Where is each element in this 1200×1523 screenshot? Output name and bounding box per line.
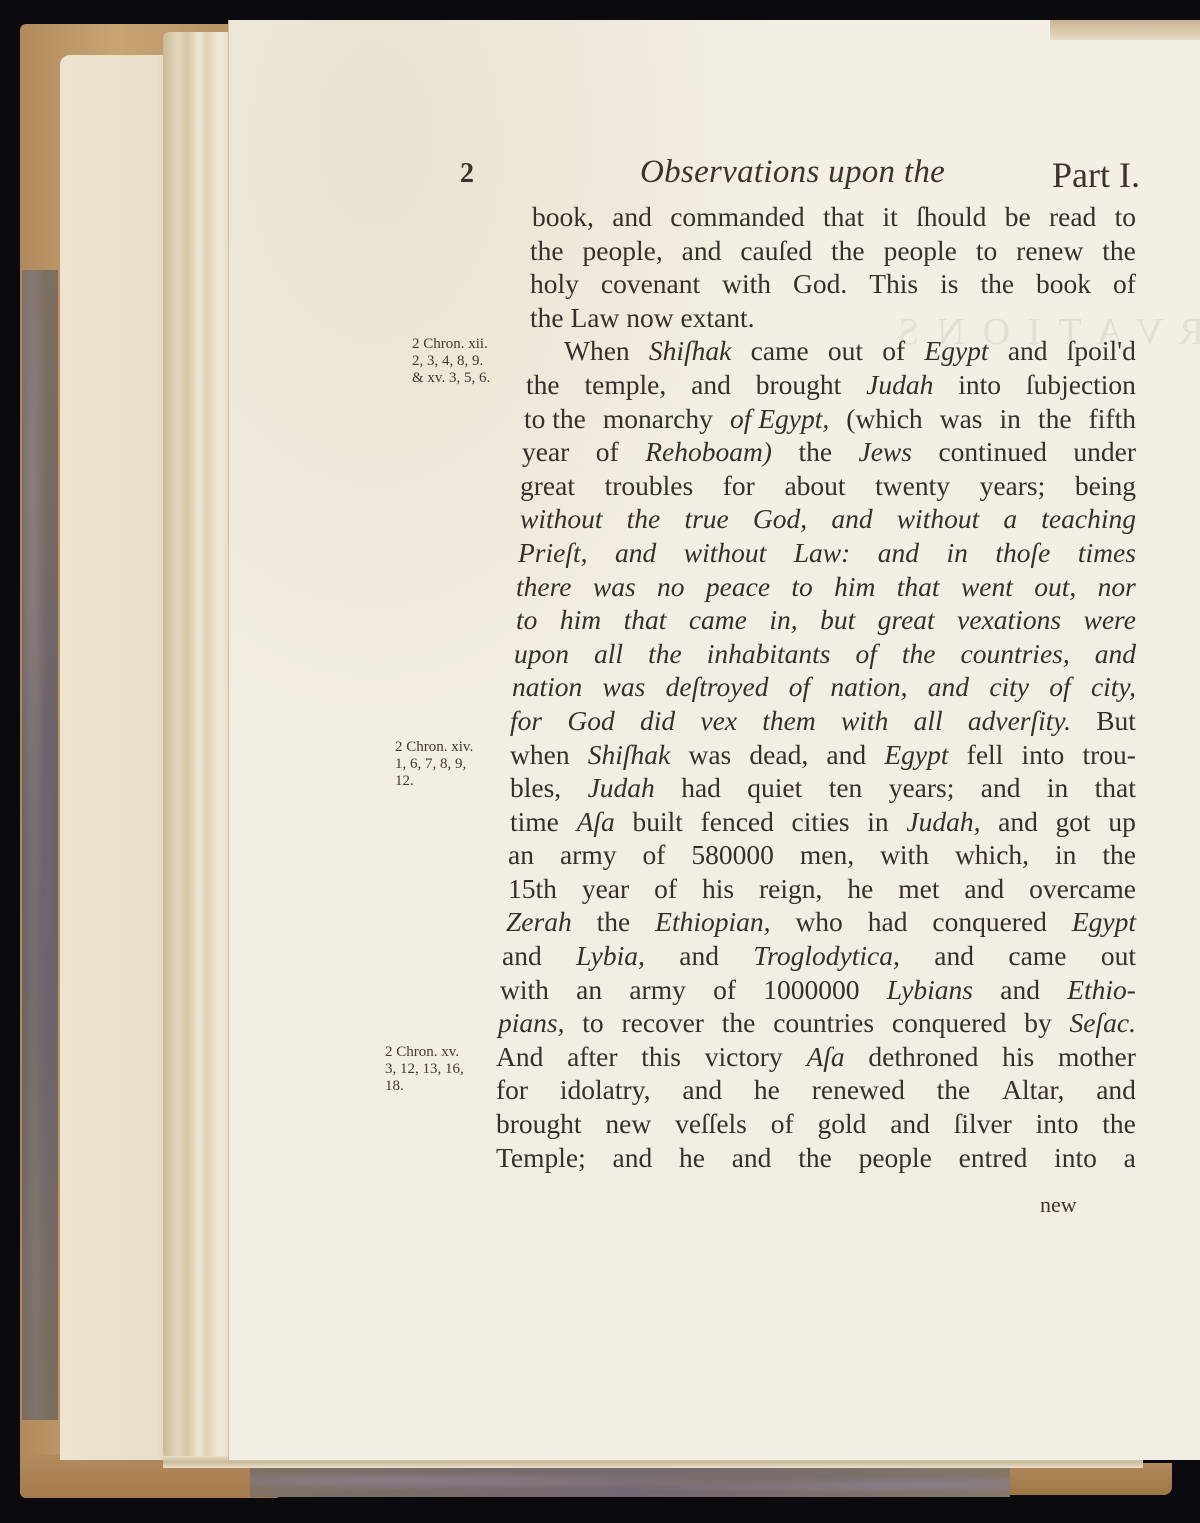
part-label: Part I.	[1052, 154, 1140, 196]
word: to	[1115, 200, 1136, 234]
catchword: new	[1040, 1192, 1077, 1218]
word: with	[500, 973, 549, 1007]
text-line: timeAſabuiltfencedcitiesinJudah,andgotup	[488, 805, 1136, 839]
word: time	[510, 805, 559, 839]
word: of	[596, 435, 619, 469]
word: and	[1008, 334, 1048, 368]
word: brought	[756, 368, 842, 402]
word: conquered	[892, 1006, 1007, 1040]
word: Troglodytica,	[753, 939, 899, 973]
word: he	[679, 1141, 705, 1175]
word: twenty	[875, 469, 950, 503]
word: did	[640, 704, 675, 738]
word: Jews	[859, 435, 912, 469]
word: But	[1096, 704, 1136, 738]
word: city,	[1091, 670, 1136, 704]
margin-note-line: 2, 3, 4, 8, 9.	[412, 353, 490, 370]
word: to the	[524, 402, 586, 436]
word: ten	[829, 771, 863, 805]
word: being	[1075, 469, 1136, 503]
word: conquered	[932, 905, 1047, 939]
text-line: withoutthetrueGod,andwithoutateaching	[488, 502, 1136, 536]
word: ſilver	[954, 1107, 1012, 1141]
word: brought	[496, 1107, 582, 1141]
flyleaf	[60, 55, 180, 1460]
word: of Egypt,	[730, 402, 829, 436]
word: a	[1124, 1141, 1136, 1175]
word: his	[1002, 1040, 1034, 1074]
word: to	[516, 603, 537, 637]
word: overcame	[1029, 872, 1136, 906]
marbled-board-left	[22, 270, 58, 1420]
word: an	[576, 973, 602, 1007]
word: entred	[959, 1141, 1028, 1175]
word: this	[641, 1040, 681, 1074]
word: the	[980, 267, 1014, 301]
word: Shiſhak	[649, 334, 732, 368]
word: Zerah	[506, 905, 572, 939]
text-line: therewasnopeacetohimthatwentout,nor	[488, 570, 1136, 604]
word: book	[1036, 267, 1091, 301]
word: years;	[889, 771, 955, 805]
word: with	[722, 267, 771, 301]
word: people,	[583, 234, 663, 268]
word: pians,	[498, 1006, 564, 1040]
word: the	[597, 905, 631, 939]
text-line: anarmyof580000men,withwhich,inthe	[488, 838, 1136, 872]
word: into	[958, 368, 1001, 402]
word: and	[502, 939, 542, 973]
text-line: tohimthatcamein,butgreatvexationswere	[488, 603, 1136, 637]
word: was	[940, 402, 983, 436]
word: dead,	[749, 738, 808, 772]
word: the	[1102, 838, 1136, 872]
running-head: 2 Observations upon the Part I.	[460, 158, 1140, 198]
word: cauſed	[740, 234, 812, 268]
word: army	[629, 973, 686, 1007]
word: all	[594, 637, 623, 671]
word: in	[867, 805, 888, 839]
text-line: forGoddidvexthemwithalladverſity.But	[488, 704, 1136, 738]
word: in	[1047, 771, 1068, 805]
word: in,	[769, 603, 797, 637]
text-line: withanarmyof1000000LybiansandEthio-	[488, 973, 1136, 1007]
word: is	[940, 267, 958, 301]
word: with	[880, 838, 929, 872]
word: and	[998, 805, 1038, 839]
word: all	[914, 704, 943, 738]
page-number: 2	[460, 158, 474, 190]
margin-note-3: 2 Chron. xv. 3, 12, 13, 16, 18.	[385, 1044, 464, 1095]
word: but	[820, 603, 855, 637]
word: renewed	[812, 1073, 905, 1107]
word: monarchy	[603, 402, 713, 436]
word: troubles	[605, 469, 694, 503]
word: gold	[817, 1107, 866, 1141]
word: the	[937, 1073, 971, 1107]
word: new	[605, 1107, 651, 1141]
page-top-edge	[1050, 20, 1200, 40]
word: Ethiopian,	[655, 905, 770, 939]
word: that	[1095, 771, 1136, 805]
word: of	[789, 670, 810, 704]
word: fifth	[1089, 402, 1136, 436]
text-line: andLybia,andTroglodytica,andcameout	[488, 939, 1136, 973]
word: was	[688, 738, 731, 772]
word: the	[1102, 234, 1136, 268]
word: countries,	[961, 637, 1070, 671]
text-line: book,andcommandedthatitſhouldbereadto	[488, 200, 1136, 234]
text-line: WhenShiſhakcameoutofEgyptandſpoil'd	[488, 334, 1136, 368]
word: nation,	[830, 670, 907, 704]
margin-note-line: 3, 12, 13, 16,	[385, 1061, 464, 1078]
word: without	[684, 536, 767, 570]
word: countries	[773, 1006, 874, 1040]
margin-note-2: 2 Chron. xiv. 1, 6, 7, 8, 9, 12.	[395, 739, 473, 790]
word: great	[520, 469, 575, 503]
text-line: 15thyearofhisreign,hemetandovercame	[488, 872, 1136, 906]
word: came	[1008, 939, 1066, 973]
word: veſſels	[675, 1107, 747, 1141]
word: and	[934, 939, 974, 973]
word: men,	[800, 838, 854, 872]
word: and	[732, 1141, 772, 1175]
word: him	[560, 603, 601, 637]
word: it	[883, 200, 898, 234]
word: and	[826, 738, 866, 772]
word: into	[1022, 738, 1065, 772]
word: them	[762, 704, 815, 738]
word: God	[567, 704, 614, 738]
word: that	[823, 200, 864, 234]
word: Rehoboam)	[645, 435, 772, 469]
word: vex	[700, 704, 737, 738]
word: fell	[967, 738, 1004, 772]
word: victory	[705, 1040, 783, 1074]
word: people	[859, 1141, 932, 1175]
text-line: Prieſt,andwithoutLaw:andinthoſetimes	[488, 536, 1136, 570]
word: recover	[622, 1006, 704, 1040]
word: of	[642, 838, 665, 872]
word: Judah	[588, 771, 655, 805]
word: out	[828, 334, 863, 368]
word: and	[682, 234, 722, 268]
word: adverſity.	[968, 704, 1071, 738]
word: to	[791, 570, 812, 604]
word: the	[798, 435, 832, 469]
word: inhabitants	[707, 637, 831, 671]
word: thoſe	[995, 536, 1050, 570]
word: got	[1056, 805, 1091, 839]
word: the	[1038, 402, 1072, 436]
text-line: yearofRehoboam)theJewscontinuedunder	[488, 435, 1136, 469]
word: for	[510, 704, 542, 738]
word: came	[751, 334, 809, 368]
word: 1000000	[763, 973, 859, 1007]
word: went	[961, 570, 1013, 604]
word: were	[1084, 603, 1136, 637]
word: the	[798, 1141, 832, 1175]
word: a	[1003, 502, 1017, 536]
word: Altar,	[1002, 1073, 1064, 1107]
word: ſubjection	[1026, 368, 1136, 402]
word: he	[847, 872, 873, 906]
word: Aſa	[806, 1040, 844, 1074]
word: without	[897, 502, 980, 536]
word: years;	[980, 469, 1046, 503]
text-line: greattroublesforabouttwentyyears;being	[488, 469, 1136, 503]
word: true	[684, 502, 728, 536]
word: trou-	[1082, 738, 1135, 772]
word: there	[516, 570, 571, 604]
word: the	[648, 637, 682, 671]
word: that	[897, 570, 940, 604]
word: into	[1054, 1141, 1097, 1175]
word: and	[878, 536, 919, 570]
word: and	[964, 872, 1004, 906]
word: of	[771, 1107, 794, 1141]
word: and	[679, 939, 719, 973]
word: built	[632, 805, 682, 839]
word: no	[657, 570, 685, 604]
word: idolatry,	[560, 1073, 651, 1107]
word: and	[691, 368, 731, 402]
word: Temple;	[496, 1141, 586, 1175]
word: vexations	[957, 603, 1061, 637]
word: and	[612, 200, 652, 234]
word: to	[582, 1006, 603, 1040]
word: the	[1102, 1107, 1136, 1141]
word: God,	[753, 502, 807, 536]
word: and	[981, 771, 1021, 805]
word: about	[784, 469, 845, 503]
word: that	[624, 603, 667, 637]
word: cities	[792, 805, 850, 839]
word: up	[1108, 805, 1136, 839]
text-line: thetemple,andbroughtJudahintoſubjection	[488, 368, 1136, 402]
word: Shiſhak	[588, 738, 671, 772]
word: who	[795, 905, 842, 939]
word: reign,	[759, 872, 822, 906]
word: him	[834, 570, 875, 604]
margin-note-line: 2 Chron. xv.	[385, 1044, 464, 1061]
word: which,	[955, 838, 1029, 872]
running-title: Observations upon the	[640, 154, 945, 191]
word: after	[567, 1040, 617, 1074]
word: army	[560, 838, 617, 872]
word: and	[831, 502, 872, 536]
word: great	[878, 603, 935, 637]
text-line: whenShiſhakwasdead,andEgyptfellintotrou-	[488, 738, 1136, 772]
word: of	[654, 872, 677, 906]
word: to	[976, 234, 997, 268]
word: the Law now extant.	[530, 301, 755, 335]
word: and	[1096, 1073, 1136, 1107]
word: ſhould	[916, 200, 986, 234]
word: city	[989, 670, 1029, 704]
margin-note-1: 2 Chron. xii. 2, 3, 4, 8, 9. & xv. 3, 5,…	[412, 336, 490, 387]
margin-note-line: 12.	[395, 773, 473, 790]
word: renew	[1016, 234, 1083, 268]
word: Judah	[866, 368, 933, 402]
word: of	[1113, 267, 1136, 301]
word: God.	[793, 267, 847, 301]
word: peace	[706, 570, 770, 604]
word: an	[508, 838, 534, 872]
word: of	[882, 334, 905, 368]
word: temple,	[585, 368, 667, 402]
text-line: pians,torecoverthecountriesconqueredbySe…	[488, 1006, 1136, 1040]
word: teaching	[1041, 502, 1136, 536]
word: by	[1024, 1006, 1052, 1040]
word: and	[615, 536, 656, 570]
text-line: to themonarchyof Egypt,(whichwasinthefif…	[488, 402, 1136, 436]
margin-note-line: 2 Chron. xii.	[412, 336, 490, 353]
text-line: Temple;andheandthepeopleentredintoa	[488, 1141, 1136, 1175]
word: 580000	[691, 838, 774, 872]
word: Law:	[794, 536, 851, 570]
margin-note-line: 2 Chron. xiv.	[395, 739, 473, 756]
word: came	[689, 603, 747, 637]
word: Lybia,	[576, 939, 645, 973]
text-line: the Law now extant.	[488, 301, 1136, 335]
word: and	[612, 1141, 652, 1175]
word: fenced	[701, 805, 774, 839]
word: he	[754, 1073, 780, 1107]
word: the	[831, 234, 865, 268]
body-text: book,andcommandedthatitſhouldbereadto th…	[488, 200, 1136, 1174]
word: This	[869, 267, 918, 301]
word: when	[510, 738, 570, 772]
word: under	[1073, 435, 1136, 469]
text-line: nationwasdeſtroyedofnation,andcityofcity…	[488, 670, 1136, 704]
word: Egypt	[1072, 905, 1136, 939]
word: had	[681, 771, 721, 805]
word: the	[526, 368, 560, 402]
word: in	[1055, 838, 1076, 872]
word: Judah,	[906, 805, 980, 839]
word: out	[1101, 939, 1136, 973]
margin-note-line: 18.	[385, 1078, 464, 1095]
word: deſtroyed	[666, 670, 769, 704]
word: had	[868, 905, 908, 939]
word: into	[1036, 1107, 1079, 1141]
word: When	[564, 334, 630, 368]
word: was	[603, 670, 646, 704]
text-line: foridolatry,andherenewedtheAltar,and	[488, 1073, 1136, 1107]
text-line: thepeople,andcauſedthepeopletorenewthe	[488, 234, 1136, 268]
word: And	[496, 1040, 543, 1074]
word: in	[1000, 402, 1021, 436]
word: of	[855, 637, 876, 671]
word: with	[841, 704, 888, 738]
word: of	[1049, 670, 1070, 704]
word: out,	[1034, 570, 1076, 604]
word: bles,	[510, 771, 561, 805]
text-line: bles,Judahhadquiettenyears;andinthat	[488, 771, 1136, 805]
word: and	[890, 1107, 930, 1141]
word: holy	[530, 267, 579, 301]
word: be	[1005, 200, 1031, 234]
word: ſpoil'd	[1067, 334, 1136, 368]
word: was	[593, 570, 636, 604]
word: for	[496, 1073, 528, 1107]
word: dethroned	[868, 1040, 978, 1074]
word: quiet	[747, 771, 802, 805]
word: read	[1049, 200, 1096, 234]
word: continued	[938, 435, 1046, 469]
text-line: holycovenantwithGod.Thisisthebookof	[488, 267, 1136, 301]
word: of	[713, 973, 736, 1007]
word: in	[947, 536, 968, 570]
word: without	[520, 502, 603, 536]
text-line: ZerahtheEthiopian,whohadconqueredEgypt	[488, 905, 1136, 939]
word: the	[902, 637, 936, 671]
margin-note-line: & xv. 3, 5, 6.	[412, 370, 490, 387]
text-line: broughtnewveſſelsofgoldandſilverintothe	[488, 1107, 1136, 1141]
text-line: AndafterthisvictoryAſadethronedhismother	[488, 1040, 1136, 1074]
word: Egypt	[924, 334, 988, 368]
word: (which	[846, 402, 922, 436]
word: and	[928, 670, 969, 704]
word: the	[627, 502, 661, 536]
word: for	[723, 469, 755, 503]
marbled-board-bottom	[250, 1465, 1010, 1497]
word: mother	[1058, 1040, 1136, 1074]
word: nation	[512, 670, 582, 704]
word: and	[682, 1073, 722, 1107]
word: nor	[1098, 570, 1136, 604]
word: Seſac.	[1070, 1006, 1136, 1040]
word: year	[522, 435, 569, 469]
word: his	[702, 872, 734, 906]
word: upon	[514, 637, 569, 671]
word: and	[1000, 973, 1040, 1007]
word: commanded	[670, 200, 804, 234]
word: Prieſt,	[518, 536, 588, 570]
word: Lybians	[887, 973, 973, 1007]
text-line: uponalltheinhabitantsofthecountries,and	[488, 637, 1136, 671]
word: covenant	[601, 267, 700, 301]
word: book,	[532, 200, 594, 234]
word: the	[722, 1006, 756, 1040]
word: Ethio-	[1067, 973, 1136, 1007]
margin-note-line: 1, 6, 7, 8, 9,	[395, 756, 473, 773]
word: times	[1078, 536, 1136, 570]
word: the	[530, 234, 564, 268]
word: 15th	[508, 872, 557, 906]
word: people	[884, 234, 957, 268]
word: met	[898, 872, 939, 906]
word: Egypt	[884, 738, 948, 772]
word: year	[582, 872, 629, 906]
word: Aſa	[577, 805, 615, 839]
word: and	[1095, 637, 1136, 671]
